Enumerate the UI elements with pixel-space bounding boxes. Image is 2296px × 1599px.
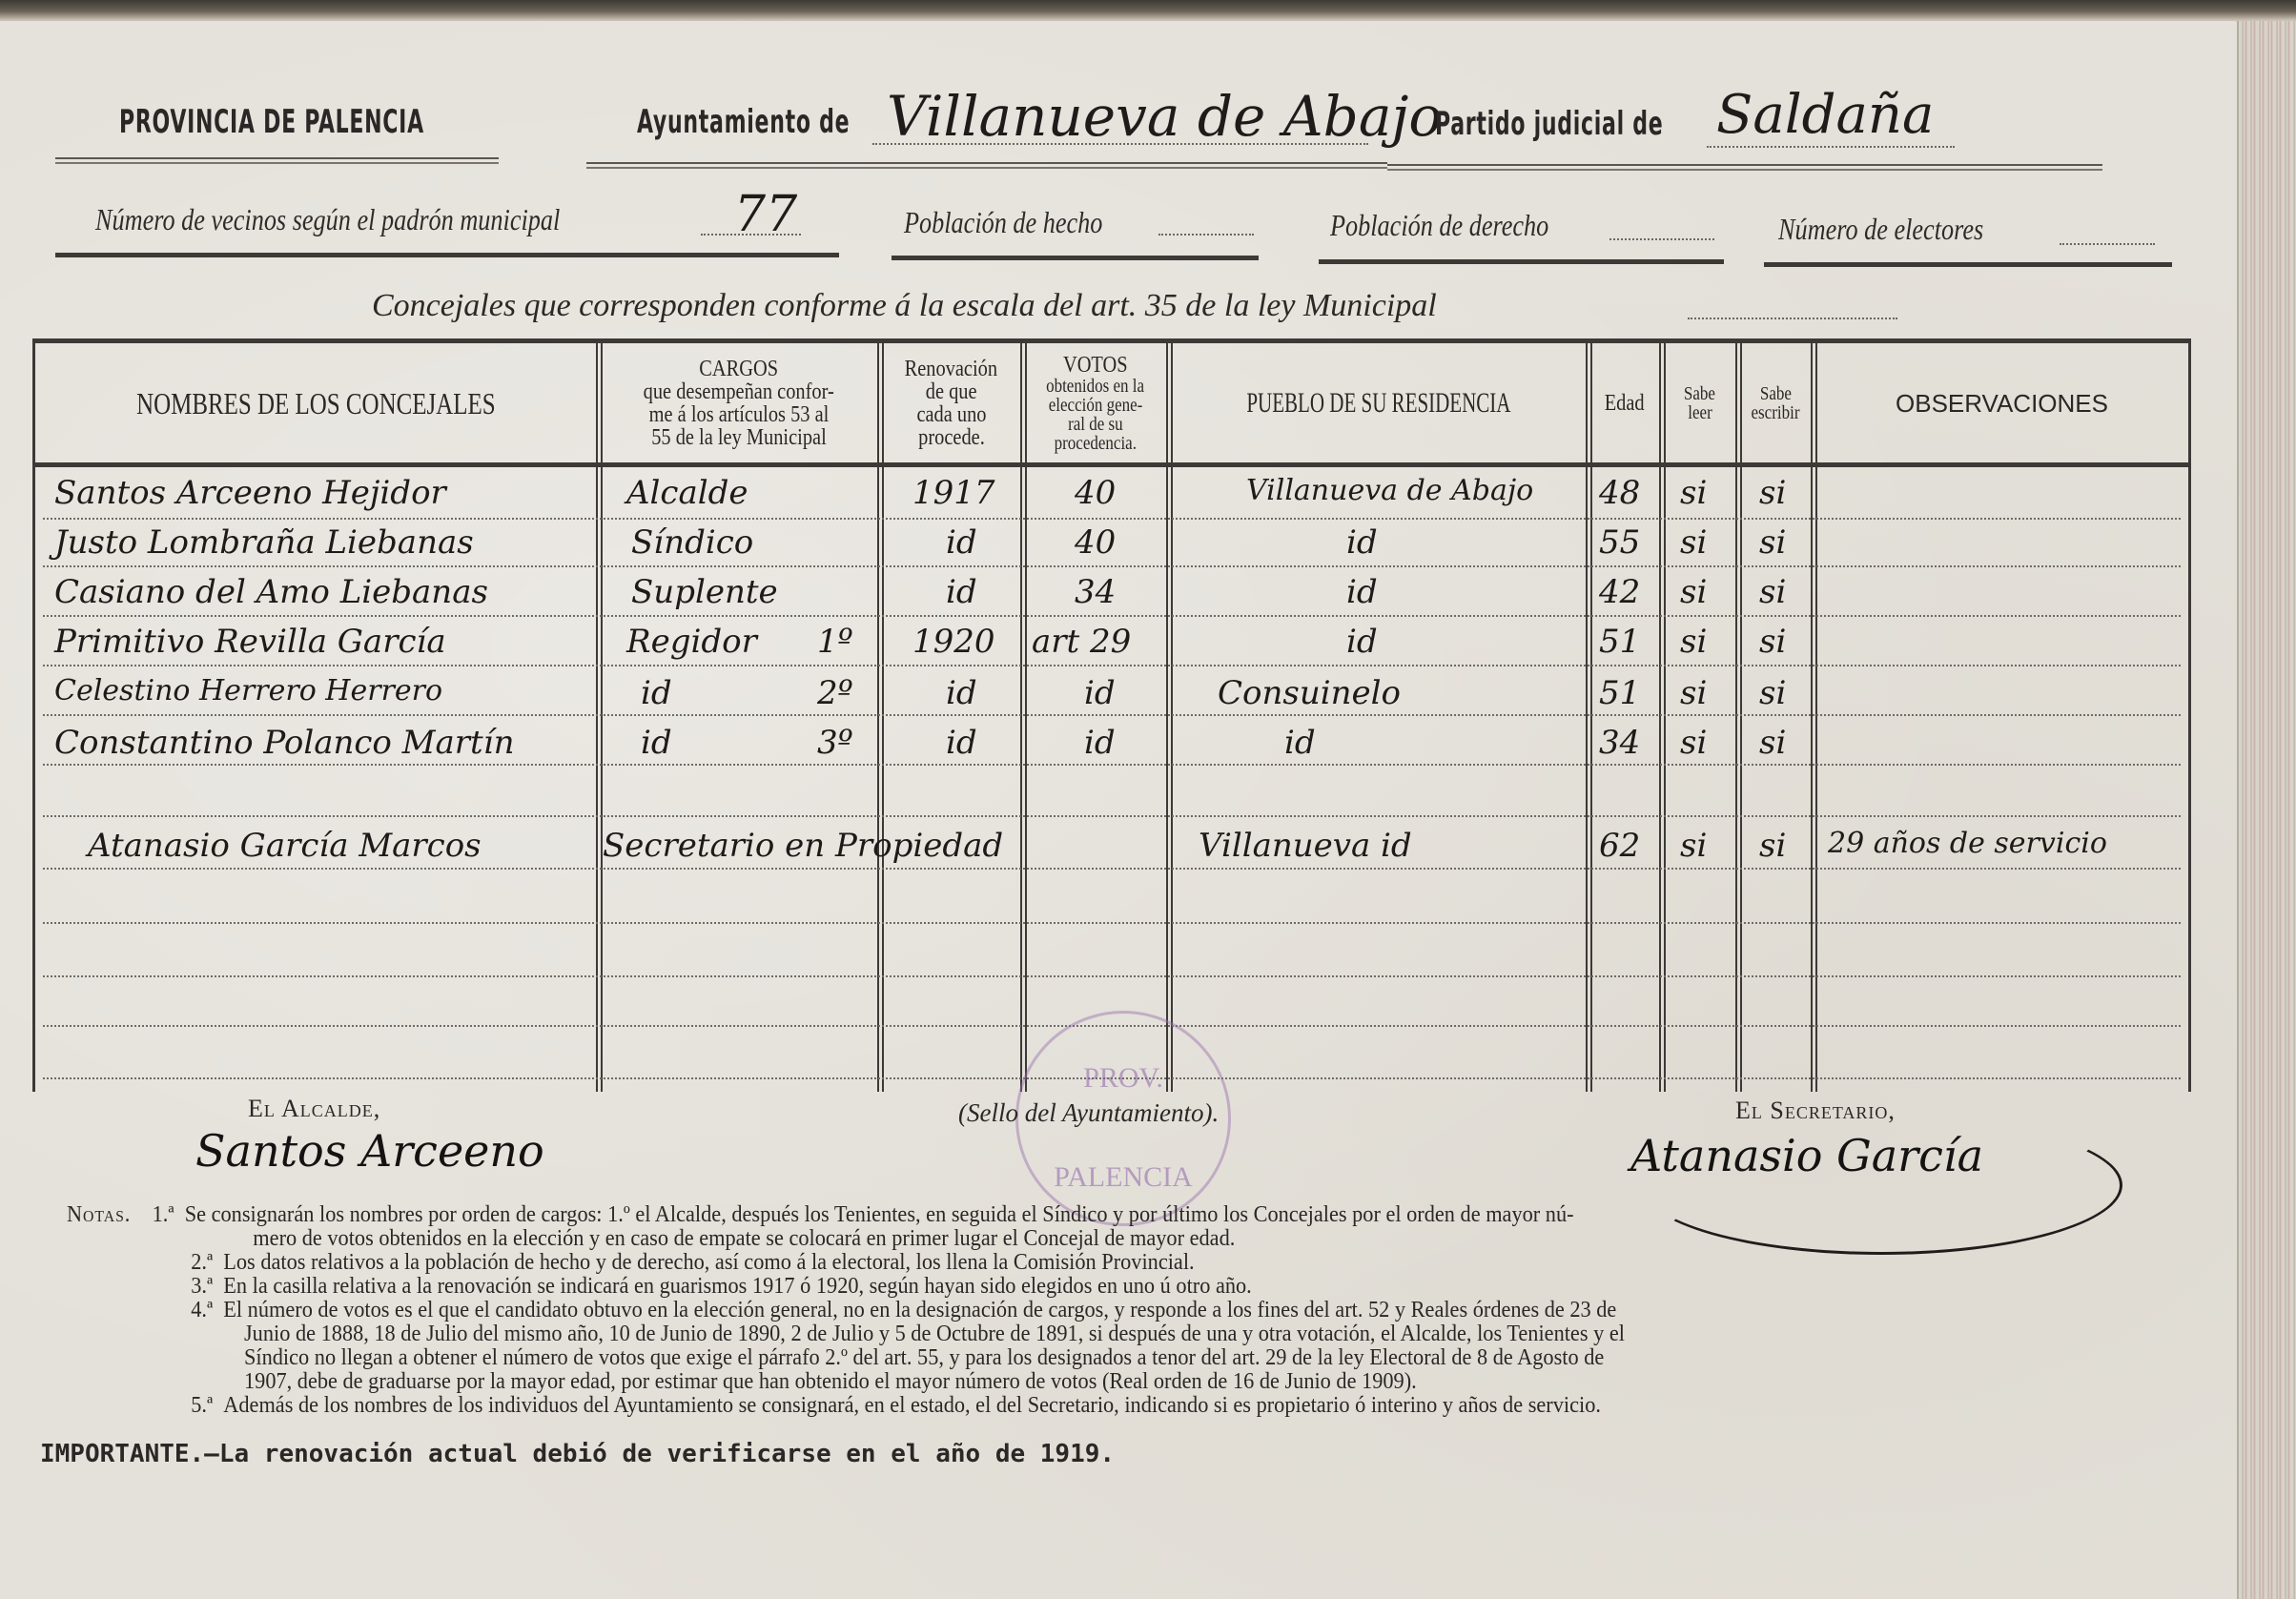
- cell-cargo-num[interactable]: 3º: [817, 724, 853, 762]
- row-rule: [43, 868, 2181, 870]
- note-1-text-b: mero de votos obtenidos en la elección y…: [253, 1226, 1235, 1251]
- province-title: PROVINCIA DE PALENCIA: [119, 103, 424, 141]
- cell-leer[interactable]: si: [1680, 474, 1707, 512]
- partido-value: Saldaña: [1716, 84, 1934, 146]
- cell-pueblo[interactable]: Villanueva id: [1199, 827, 1412, 865]
- province-rule: [55, 157, 499, 164]
- cell-renovacion[interactable]: id: [946, 674, 977, 712]
- vecinos-value[interactable]: 77: [734, 186, 797, 243]
- cell-observaciones[interactable]: 29 años de servicio: [1828, 827, 2107, 860]
- note-2-number: 2.ª: [191, 1250, 213, 1275]
- cell-nombre[interactable]: Primitivo Revilla García: [54, 623, 446, 661]
- cell-nombre[interactable]: Celestino Herrero Herrero: [54, 674, 442, 707]
- cell-edad[interactable]: 51: [1599, 623, 1640, 661]
- header-observaciones: OBSERVACIONES: [1815, 346, 2188, 461]
- cell-nombre[interactable]: Santos Arceeno Hejidor: [54, 474, 446, 512]
- cell-edad[interactable]: 62: [1599, 827, 1640, 865]
- vecinos-rule: [55, 253, 839, 257]
- cell-leer[interactable]: si: [1680, 523, 1707, 562]
- cell-pueblo[interactable]: id: [1284, 724, 1316, 762]
- cell-renovacion[interactable]: id: [946, 523, 977, 562]
- note-5-text: Además de los nombres de los individuos …: [223, 1393, 1601, 1418]
- cell-renovacion[interactable]: 1920: [912, 623, 995, 661]
- header-escribir-line1: Sabe: [1759, 384, 1791, 403]
- note-3-number: 3.ª: [191, 1274, 213, 1299]
- cell-pueblo[interactable]: id: [1346, 573, 1378, 611]
- header-renov-line3: cada uno: [916, 403, 986, 426]
- partido-label: Partido judicial de: [1435, 105, 1663, 143]
- cell-escribir[interactable]: si: [1759, 623, 1786, 661]
- derecho-rule: [1319, 259, 1724, 264]
- cell-escribir[interactable]: si: [1759, 674, 1786, 712]
- cell-renovacion[interactable]: id: [946, 573, 977, 611]
- note-2: 2.ª Los datos relativos a la población d…: [67, 1251, 2026, 1275]
- cell-cargo[interactable]: Síndico: [631, 523, 753, 562]
- header-sabe-leer: Sabe leer: [1664, 346, 1735, 461]
- cell-leer[interactable]: si: [1680, 827, 1707, 865]
- note-1-cont: mero de votos obtenidos en la elección y…: [67, 1227, 2026, 1251]
- cell-pueblo[interactable]: id: [1346, 623, 1378, 661]
- note-4-text-b: Junio de 1888, 18 de Julio del mismo año…: [244, 1322, 1625, 1346]
- cell-leer[interactable]: si: [1680, 674, 1707, 712]
- important-notice: IMPORTANTE.—La renovación actual debió d…: [40, 1440, 1115, 1468]
- header-renov-line2: de que: [926, 380, 977, 403]
- table-top-rule: [35, 338, 2188, 343]
- cell-edad[interactable]: 55: [1599, 523, 1640, 562]
- note-4-text-a: El número de votos es el que el candidat…: [223, 1298, 1616, 1322]
- ayuntamiento-rule: [586, 162, 1387, 169]
- header-cargos-line2: me á los artículos 53 al: [649, 403, 830, 426]
- ayuntamiento-label: Ayuntamiento de: [637, 103, 850, 141]
- ayuntamiento-dots: [872, 143, 1368, 145]
- header-cargos-line3: 55 de la ley Municipal: [651, 426, 827, 449]
- row-rule: [43, 975, 2181, 977]
- cell-leer[interactable]: si: [1680, 724, 1707, 762]
- cell-escribir[interactable]: si: [1759, 724, 1786, 762]
- header-escribir-line2: escribir: [1751, 403, 1799, 422]
- cell-edad[interactable]: 34: [1599, 724, 1640, 762]
- cell-pueblo[interactable]: Consuinelo: [1218, 674, 1401, 712]
- partido-rule: [1387, 164, 2102, 171]
- electores-rule: [1764, 262, 2172, 267]
- alcalde-signature: Santos Arceeno: [195, 1125, 544, 1177]
- note-5-number: 5.ª: [191, 1393, 213, 1418]
- header-cargos-line1: que desempeñan confor-: [644, 380, 834, 403]
- header-leer-line1: Sabe: [1684, 384, 1715, 403]
- cell-cargo[interactable]: Secretario en Propiedad: [603, 827, 1003, 865]
- cell-pueblo[interactable]: Villanueva de Abajo: [1246, 474, 1533, 507]
- cell-edad[interactable]: 48: [1599, 474, 1640, 512]
- cell-nombre[interactable]: Constantino Polanco Martín: [54, 724, 514, 762]
- notes-section: Notas. 1.ª Se consignarán los nombres po…: [67, 1203, 2174, 1418]
- header-renov-line4: procede.: [918, 426, 985, 449]
- cell-edad[interactable]: 51: [1599, 674, 1640, 712]
- note-1-number: 1.ª: [153, 1202, 174, 1227]
- partido-dots: [1707, 146, 1955, 148]
- concejales-table: NOMBRES DE LOS CONCEJALES CARGOS que des…: [32, 338, 2191, 1092]
- row-rule: [43, 714, 2181, 716]
- stamp-top-text: PROV.: [1083, 1062, 1163, 1095]
- cell-votos[interactable]: 40: [1075, 474, 1116, 512]
- note-4-number: 4.ª: [191, 1298, 213, 1322]
- header-votos: VOTOS obtenidos en la elección gene- ral…: [1025, 346, 1166, 461]
- cell-votos[interactable]: 40: [1075, 523, 1116, 562]
- derecho-dots: [1609, 238, 1714, 240]
- row-rule: [43, 764, 2181, 766]
- cell-pueblo[interactable]: id: [1346, 523, 1378, 562]
- note-2-text: Los datos relativos a la población de he…: [223, 1250, 1194, 1275]
- row-rule: [43, 615, 2181, 617]
- header-renov-line1: Renovación: [905, 358, 997, 380]
- cell-nombre[interactable]: Justo Lombraña Liebanas: [54, 523, 474, 562]
- sello-label: (Sello del Ayuntamiento).: [958, 1098, 1219, 1128]
- cell-cargo-num[interactable]: 1º: [817, 623, 853, 661]
- header-edad-text: Edad: [1605, 392, 1645, 415]
- notes-title: Notas.: [67, 1202, 131, 1227]
- electores-dots: [2060, 243, 2155, 245]
- row-rule: [43, 565, 2181, 567]
- page-stack-edge: [2237, 21, 2296, 1599]
- cell-cargo-num[interactable]: 2º: [817, 674, 853, 712]
- stamp-bottom-text: PALENCIA: [1054, 1161, 1193, 1194]
- header-nombres-text: NOMBRES DE LOS CONCEJALES: [136, 388, 496, 419]
- note-4: 4.ª El número de votos es el que el cand…: [67, 1299, 2026, 1322]
- cell-escribir[interactable]: si: [1759, 523, 1786, 562]
- header-nombres: NOMBRES DE LOS CONCEJALES: [35, 346, 596, 461]
- header-cargos-title: CARGOS: [700, 358, 779, 380]
- cell-votos[interactable]: art 29: [1032, 623, 1131, 661]
- cell-escribir[interactable]: si: [1759, 573, 1786, 611]
- note-4-cont-b: Junio de 1888, 18 de Julio del mismo año…: [67, 1322, 2026, 1346]
- header-cargos: CARGOS que desempeñan confor- me á los a…: [601, 346, 877, 461]
- row-rule: [43, 665, 2181, 666]
- cell-leer[interactable]: si: [1680, 573, 1707, 611]
- header-votos-line2: elección gene-: [1049, 396, 1143, 415]
- note-1: Notas. 1.ª Se consignarán los nombres po…: [67, 1203, 2026, 1227]
- cell-votos[interactable]: 34: [1075, 573, 1116, 611]
- hecho-label: Población de hecho: [904, 205, 1102, 240]
- header-edad: Edad: [1590, 346, 1659, 461]
- cell-escribir[interactable]: si: [1759, 827, 1786, 865]
- header-pueblo: PUEBLO DE SU RESIDENCIA: [1171, 346, 1586, 461]
- note-4-cont-c: Síndico no llegan a obtener el número de…: [67, 1346, 2026, 1370]
- row-rule: [43, 518, 2181, 520]
- note-4-text-d: 1907, debe de graduarse por la mayor eda…: [244, 1369, 1417, 1394]
- cell-edad[interactable]: 42: [1599, 573, 1640, 611]
- cell-renovacion[interactable]: id: [946, 724, 977, 762]
- header-renovacion: Renovación de que cada uno procede.: [882, 346, 1020, 461]
- alcalde-label: El Alcalde,: [248, 1095, 380, 1123]
- cell-cargo[interactable]: Alcalde: [626, 474, 748, 512]
- header-sabe-escribir: Sabe escribir: [1740, 346, 1811, 461]
- cell-nombre[interactable]: Casiano del Amo Liebanas: [54, 573, 488, 611]
- header-pueblo-text: PUEBLO DE SU RESIDENCIA: [1246, 389, 1510, 418]
- header-votos-title: VOTOS: [1063, 354, 1128, 377]
- header-votos-line3: ral de su: [1068, 415, 1123, 434]
- note-3-text: En la casilla relativa a la renovación s…: [223, 1274, 1251, 1299]
- cell-escribir[interactable]: si: [1759, 474, 1786, 512]
- cell-votos[interactable]: id: [1084, 674, 1116, 712]
- note-4-text-c: Síndico no llegan a obtener el número de…: [244, 1345, 1604, 1370]
- derecho-label: Población de derecho: [1330, 208, 1548, 243]
- header-observaciones-text: OBSERVACIONES: [1896, 391, 2108, 416]
- cell-renovacion[interactable]: 1917: [912, 474, 995, 512]
- note-4-cont-d: 1907, debe de graduarse por la mayor eda…: [67, 1370, 2026, 1394]
- concejales-dots: [1688, 318, 1897, 319]
- header-leer-line2: leer: [1688, 403, 1712, 422]
- header-votos-line1: obtenidos en la: [1047, 377, 1145, 396]
- cell-cargo[interactable]: Suplente: [631, 573, 778, 611]
- row-rule: [43, 815, 2181, 817]
- vecinos-label: Número de vecinos según el padrón munici…: [95, 202, 560, 237]
- cell-cargo[interactable]: id: [641, 724, 672, 762]
- note-1-text-a: Se consignarán los nombres por orden de …: [185, 1202, 1574, 1227]
- ayuntamiento-value: Villanueva de Abajo: [887, 84, 1442, 149]
- cell-leer[interactable]: si: [1680, 623, 1707, 661]
- table-header-rule: [35, 462, 2188, 467]
- concejales-escala-line: Concejales que corresponden conforme á l…: [372, 288, 1437, 324]
- header-votos-line4: procedencia.: [1055, 434, 1137, 453]
- cell-nombre[interactable]: Atanasio García Marcos: [88, 827, 482, 865]
- hecho-dots: [1158, 234, 1254, 236]
- row-rule: [43, 922, 2181, 924]
- electores-label: Número de electores: [1778, 212, 1983, 247]
- cell-cargo[interactable]: Regidor: [626, 623, 757, 661]
- note-5: 5.ª Además de los nombres de los individ…: [67, 1394, 2026, 1418]
- note-3: 3.ª En la casilla relativa a la renovaci…: [67, 1275, 2026, 1299]
- cell-votos[interactable]: id: [1084, 724, 1116, 762]
- hecho-rule: [892, 256, 1259, 260]
- cell-cargo[interactable]: id: [641, 674, 672, 712]
